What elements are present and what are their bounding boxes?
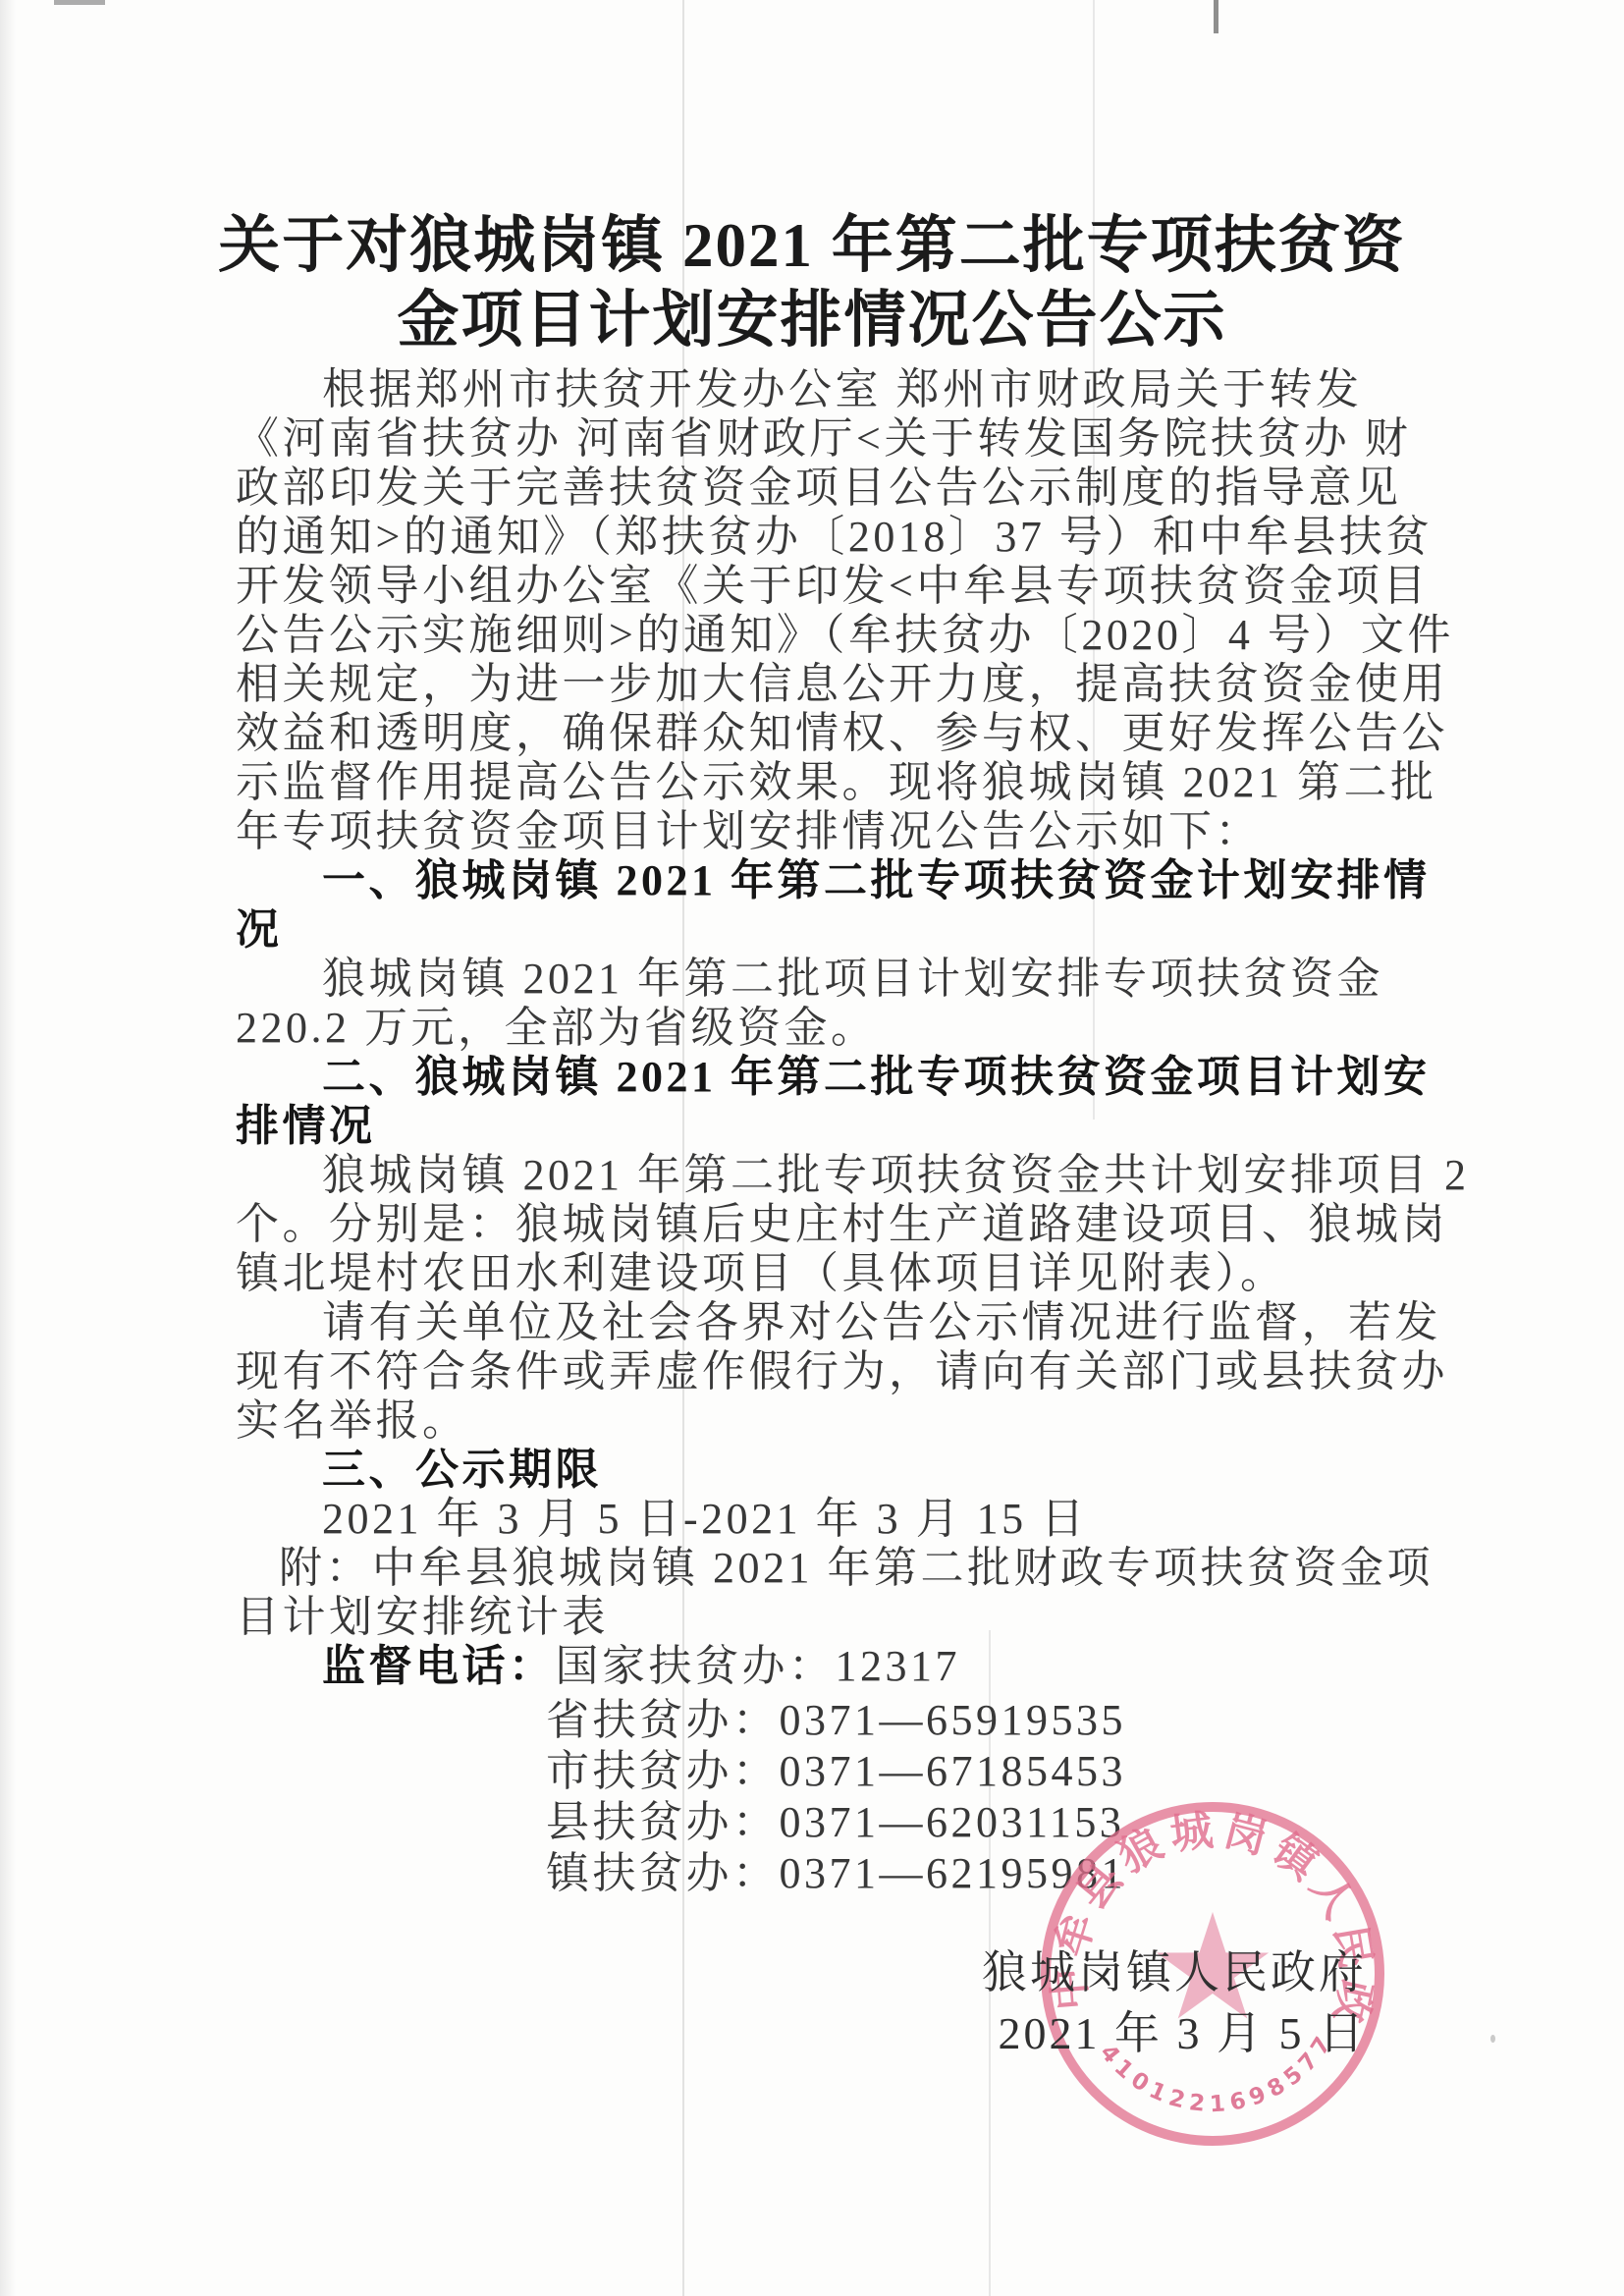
- body-line: 实名举报。: [236, 1396, 1394, 1446]
- scan-smudge: [54, 0, 105, 5]
- title-line-2: 金项目计划安排情况公告公示: [0, 283, 1624, 357]
- section-heading-1-cont: 况: [236, 905, 1394, 955]
- section-heading-3: 三、公示期限: [236, 1446, 1394, 1495]
- issue-date: 2021 年 3 月 5 日: [982, 2003, 1367, 2064]
- body-line: 公告公示实施细则>的通知》（牟扶贫办〔2020〕4 号）文件: [236, 611, 1394, 660]
- issuing-organization: 狼城岗镇人民政府: [982, 1942, 1367, 2003]
- supervision-phone-line: 监督电话：国家扶贫办：12317: [236, 1642, 1394, 1691]
- body-line: 效益和透明度，确保群众知情权、参与权、更好发挥公告公: [236, 709, 1394, 758]
- attachment-line: 附：中牟县狼城岗镇 2021 年第二批财政专项扶贫资金项: [236, 1544, 1394, 1593]
- attachment-line-cont: 目计划安排统计表: [236, 1593, 1394, 1642]
- body-line: 相关规定，为进一步加大信息公开力度，提高扶贫资金使用: [236, 660, 1394, 709]
- body-line: 镇北堤村农田水利建设项目（具体项目详见附表）。: [236, 1249, 1394, 1298]
- body-line: 政部印发关于完善扶贫资金项目公告公示制度的指导意见: [236, 464, 1394, 513]
- body-line: 的通知>的通知》（郑扶贫办〔2018〕37 号）和中牟县扶贫: [236, 513, 1394, 562]
- body-line: 示监督作用提高公告公示效果。现将狼城岗镇 2021 第二批: [236, 758, 1394, 807]
- document-title: 关于对狼城岗镇 2021 年第二批专项扶贫资 金项目计划安排情况公告公示: [0, 208, 1624, 357]
- body-line: 狼城岗镇 2021 年第二批专项扶贫资金共计划安排项目 2: [236, 1151, 1394, 1200]
- supervision-phone-label: 监督电话：: [322, 1642, 556, 1690]
- publicity-period: 2021 年 3 月 5 日-2021 年 3 月 15 日: [236, 1495, 1394, 1544]
- body-line: 狼城岗镇 2021 年第二批项目计划安排专项扶贫资金: [236, 955, 1394, 1004]
- scan-smudge: [1214, 0, 1218, 33]
- body-line: 根据郑州市扶贫开发办公室 郑州市财政局关于转发: [236, 365, 1394, 414]
- province-phone: 省扶贫办：0371—65919535: [546, 1695, 1394, 1746]
- body-line: 开发领导小组办公室《关于印发<中牟县专项扶贫资金项目: [236, 562, 1394, 611]
- national-phone: 国家扶贫办：12317: [556, 1642, 961, 1690]
- title-line-1: 关于对狼城岗镇 2021 年第二批专项扶贫资: [0, 208, 1624, 283]
- body-line: 个。分别是：狼城岗镇后史庄村生产道路建设项目、狼城岗: [236, 1200, 1394, 1249]
- body-line: 《河南省扶贫办 河南省财政厅<关于转发国务院扶贫办 财: [236, 414, 1394, 464]
- scanned-document-page: 关于对狼城岗镇 2021 年第二批专项扶贫资 金项目计划安排情况公告公示 根据郑…: [0, 0, 1624, 2296]
- section-heading-2: 二、狼城岗镇 2021 年第二批专项扶贫资金项目计划安: [236, 1053, 1394, 1102]
- body-line: 年专项扶贫资金项目计划安排情况公告公示如下：: [236, 807, 1394, 856]
- document-body: 根据郑州市扶贫开发办公室 郑州市财政局关于转发 《河南省扶贫办 河南省财政厅<关…: [236, 365, 1394, 1899]
- closing-block: 狼城岗镇人民政府 2021 年 3 月 5 日: [982, 1942, 1367, 2064]
- body-line: 220.2 万元，全部为省级资金。: [236, 1004, 1394, 1053]
- section-heading-1: 一、狼城岗镇 2021 年第二批专项扶贫资金计划安排情: [236, 856, 1394, 905]
- body-line: 请有关单位及社会各界对公告公示情况进行监督，若发: [236, 1298, 1394, 1347]
- body-line: 现有不符合条件或弄虚作假行为，请向有关部门或县扶贫办: [236, 1347, 1394, 1396]
- section-heading-2-cont: 排情况: [236, 1102, 1394, 1151]
- stray-ink-dot: [1490, 2035, 1495, 2043]
